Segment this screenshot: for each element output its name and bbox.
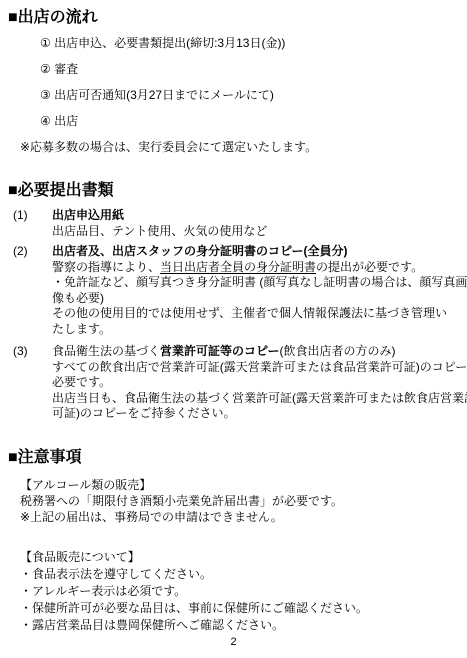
underlined-text: 当日出店者全員の身分証明書: [160, 260, 316, 274]
block-title: 【アルコール類の販売】: [20, 477, 467, 493]
flow-step-4: ④ 出店: [40, 115, 467, 128]
body-line: ・食品表示法を遵守してください。: [20, 566, 467, 583]
document-item-2: (2) 出店者及、出店スタッフの身分証明書のコピー(全員分) 警察の指導により、…: [13, 244, 467, 337]
alcohol-sales-block: 【アルコール類の販売】 税務署への「期限付き酒類小売業免許届出書」が必要です。 …: [20, 477, 467, 525]
page-number: 2: [0, 636, 467, 648]
body-line: 出店品目、テント使用、火気の使用など: [52, 224, 467, 240]
flow-steps: ① 出店申込、必要書類提出(締切:3月13日(金)) ② 審査 ③ 出店可否通知…: [0, 37, 467, 128]
item-number: (3): [13, 344, 52, 422]
body-line: ・保健所許可が必要な品目は、事前に保健所にご確認ください。: [20, 600, 467, 617]
text-segment: (飲食出店者の方のみ): [280, 344, 396, 358]
document-page: ■出店の流れ ① 出店申込、必要書類提出(締切:3月13日(金)) ② 審査 ③…: [0, 0, 467, 658]
body-line: 必要です。: [52, 375, 467, 391]
body-line: 出店当日も、食品衛生法の基づく営業許可証(露天営業許可または飲食店営業許: [52, 391, 467, 407]
text-segment: 食品衛生法の基づく: [52, 344, 160, 358]
text-segment: 警察の指導により、: [52, 260, 160, 274]
flow-note: ※応募多数の場合は、実行委員会にて選定いたします。: [20, 141, 467, 154]
section-heading-notes: ■注意事項: [8, 448, 467, 468]
body-line: ・アレルギー表示は必須です。: [20, 583, 467, 600]
item-number: (1): [13, 208, 52, 239]
food-sales-block: 【食品販売について】 ・食品表示法を遵守してください。 ・アレルギー表示は必須で…: [20, 549, 467, 634]
document-item-3: (3) 食品衛生法の基づく営業許可証等のコピー(飲食出店者の方のみ) すべての飲…: [13, 344, 467, 422]
body-line: ※上記の届出は、事務局での申請はできません。: [20, 509, 467, 525]
body-line: たします。: [52, 322, 467, 338]
text-segment: の提出が必要です。: [316, 260, 423, 274]
body-line: 可証)のコピーをご持参ください。: [52, 406, 467, 422]
item-number: (2): [13, 244, 52, 337]
body-line: その他の使用目的では使用せず、主催者で個人情報保護法に基づき管理い: [52, 306, 467, 322]
section-heading-flow: ■出店の流れ: [8, 8, 467, 28]
bold-text: 営業許可証等のコピー: [160, 344, 280, 358]
document-item-1: (1) 出店申込用紙 出店品目、テント使用、火気の使用など: [13, 208, 467, 239]
item-title: 食品衛生法の基づく営業許可証等のコピー(飲食出店者の方のみ): [52, 344, 467, 360]
block-title: 【食品販売について】: [20, 549, 467, 566]
flow-step-2: ② 審査: [40, 63, 467, 76]
flow-step-3: ③ 出店可否通知(3月27日までにメールにて): [40, 89, 467, 102]
body-line: ・露店営業品目は豊岡保健所へご確認ください。: [20, 617, 467, 634]
flow-step-1: ① 出店申込、必要書類提出(締切:3月13日(金)): [40, 37, 467, 50]
item-title: 出店者及、出店スタッフの身分証明書のコピー(全員分): [52, 244, 467, 260]
body-line: すべての飲食出店で営業許可証(露天営業許可または食品営業許可証)のコピーが: [52, 360, 467, 376]
body-line: ・免許証など、顔写真つき身分証明書 (顔写真なし証明書の場合は、顔写真画: [52, 275, 467, 291]
section-heading-documents: ■必要提出書類: [8, 181, 467, 201]
body-line: 警察の指導により、当日出店者全員の身分証明書の提出が必要です。: [52, 260, 467, 276]
body-line: 税務署への「期限付き酒類小売業免許届出書」が必要です。: [20, 493, 467, 509]
item-title: 出店申込用紙: [52, 208, 467, 224]
body-line: 像も必要): [52, 291, 467, 307]
